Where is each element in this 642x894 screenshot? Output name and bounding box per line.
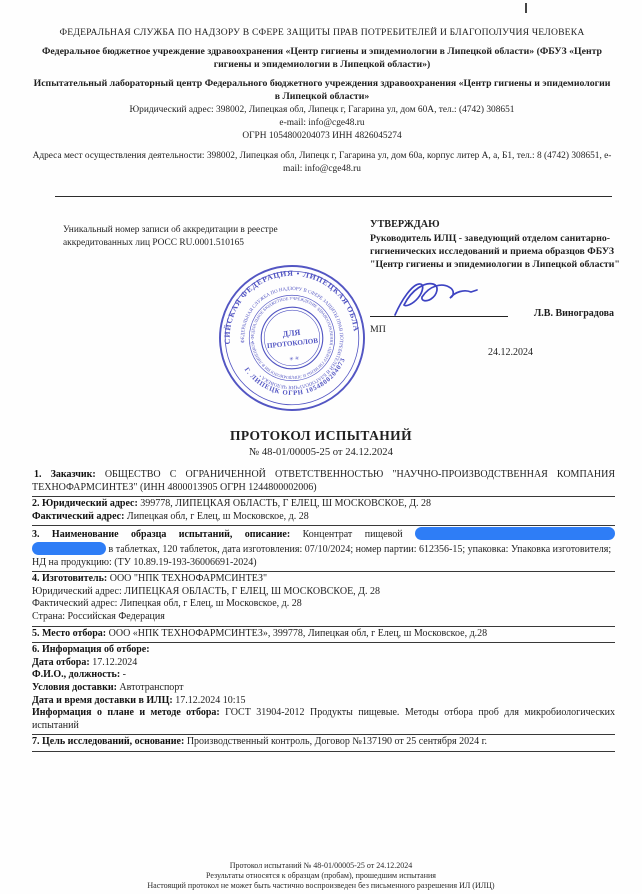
- round-stamp-icon: РОССИЙСКАЯ ФЕДЕРАЦИЯ • ЛИПЕЦКАЯ ОБЛАСТЬ …: [210, 256, 375, 421]
- nd-line: НД на продукцию: (ТУ 10.89.19-193-360066…: [32, 557, 257, 568]
- stamp-center-line2: ПРОТОКОЛОВ: [267, 337, 319, 350]
- sample-value-end: в таблетках, 120 таблеток, дата изготовл…: [109, 544, 612, 555]
- footer-protocol-ref: Протокол испытаний № 48-01/00005-25 от 2…: [0, 861, 642, 871]
- fio-value: -: [123, 669, 126, 680]
- actual-address-label: Фактический адрес:: [32, 511, 124, 522]
- customer-label: 1. Заказчик:: [32, 469, 96, 480]
- sampling-method-label: Информация о плане и методе отбора:: [32, 707, 220, 718]
- accreditation-number: Уникальный номер записи об аккредитации …: [63, 224, 298, 250]
- sampling-place-value: ООО «НПК ТЕХНОФАРМСИНТЕЗ», 399778, Липец…: [109, 628, 488, 639]
- manufacturer-legal-address: Юридический адрес: ЛИПЕЦКАЯ ОБЛАСТЬ, Г Е…: [32, 586, 380, 597]
- purpose-value: Производственный контроль, Договор №1371…: [187, 736, 487, 747]
- document-footer: Протокол испытаний № 48-01/00005-25 от 2…: [0, 861, 642, 891]
- approval-date: 24.12.2024: [488, 346, 622, 359]
- scan-artifact-mark: [525, 3, 527, 13]
- sampling-info-label: 6. Информация об отборе:: [32, 644, 150, 655]
- manufacturer-country: Страна: Российская Федерация: [32, 611, 165, 622]
- signature-icon: [392, 279, 480, 321]
- manufacturer-label: 4. Изготовитель:: [32, 573, 107, 584]
- lab-center-name: Испытательный лабораторный центр Федерал…: [32, 78, 612, 103]
- sampling-date-value: 17.12.2024: [92, 657, 137, 668]
- section-manufacturer: 4. Изготовитель: ООО "НПК ТЕХНОФАРМСИНТЕ…: [32, 572, 615, 626]
- ogrn-inn-line: ОГРН 1054800204073 ИНН 4826045274: [32, 130, 612, 142]
- approval-block: УТВЕРЖДАЮ Руководитель ИЛЦ - заведующий …: [370, 218, 622, 359]
- purpose-label: 7. Цель исследований, основание:: [32, 736, 184, 747]
- approver-name: Л.В. Виноградова: [534, 307, 614, 320]
- customer-value: ОБЩЕСТВО С ОГРАНИЧЕННОЙ ОТВЕТСТВЕННОСТЬЮ…: [32, 469, 615, 493]
- footer-reproduction-note: Настоящий протокол не может быть частичн…: [0, 881, 642, 891]
- protocol-number: № 48-01/00005-25 от 24.12.2024: [0, 447, 642, 458]
- document-page: ФЕДЕРАЛЬНАЯ СЛУЖБА ПО НАДЗОРУ В СФЕРЕ ЗА…: [0, 0, 642, 894]
- legal-address: Юридический адрес: 398002, Липецкая обл,…: [32, 104, 612, 116]
- sample-label: 3. Наименование образца испытаний, описа…: [32, 529, 290, 540]
- sampling-place-label: 5. Место отбора:: [32, 628, 106, 639]
- delivery-datetime-value: 17.12.2024 10:15: [175, 695, 245, 706]
- agency-name: ФЕДЕРАЛЬНАЯ СЛУЖБА ПО НАДЗОРУ В СФЕРЕ ЗА…: [32, 27, 612, 39]
- footer-results-note: Результаты относятся к образцам (пробам)…: [0, 871, 642, 881]
- sampling-date-label: Дата отбора:: [32, 657, 90, 668]
- manufacturer-value: ООО "НПК ТЕХНОФАРМСИНТЕЗ": [110, 573, 267, 584]
- stamp-stars: ✳ ✳: [289, 356, 300, 363]
- activity-addresses: Адреса мест осуществления деятельности: …: [32, 150, 612, 174]
- signature-area: Л.В. Виноградова: [370, 286, 622, 326]
- protocol-title-block: ПРОТОКОЛ ИСПЫТАНИЙ № 48-01/00005-25 от 2…: [0, 428, 642, 458]
- fio-label: Ф.И.О., должность:: [32, 669, 120, 680]
- section-legal-address: 2. Юридический адрес: 399778, ЛИПЕЦКАЯ О…: [32, 497, 615, 526]
- protocol-title: ПРОТОКОЛ ИСПЫТАНИЙ: [0, 428, 642, 444]
- section-sample: 3. Наименование образца испытаний, описа…: [32, 526, 615, 572]
- legal-address-value: 399778, ЛИПЕЦКАЯ ОБЛАСТЬ, Г ЕЛЕЦ, Ш МОСК…: [140, 498, 431, 509]
- redaction-box-2: [32, 542, 106, 555]
- actual-address-value: Липецкая обл, г Елец, ш Московское, д. 2…: [127, 511, 309, 522]
- section-sampling-place: 5. Место отбора: ООО «НПК ТЕХНОФАРМСИНТЕ…: [32, 627, 615, 644]
- manufacturer-actual-address: Фактический адрес: Липецкая обл, г Елец,…: [32, 598, 302, 609]
- redaction-box-1: [415, 527, 615, 540]
- section-sampling-info: 6. Информация об отборе: Дата отбора: 17…: [32, 643, 615, 735]
- institution-name: Федеральное бюджетное учреждение здравоо…: [32, 46, 612, 71]
- document-header: ФЕДЕРАЛЬНАЯ СЛУЖБА ПО НАДЗОРУ В СФЕРЕ ЗА…: [32, 27, 612, 175]
- header-divider: [55, 196, 612, 197]
- approver-role: Руководитель ИЛЦ - заведующий отделом са…: [370, 233, 622, 272]
- sample-value-start: Концентрат пищевой: [303, 529, 403, 540]
- delivery-conditions-label: Условия доставки:: [32, 682, 117, 693]
- section-purpose: 7. Цель исследований, основание: Произво…: [32, 735, 615, 752]
- email-line: e-mail: info@cge48.ru: [32, 117, 612, 129]
- legal-address-label: 2. Юридический адрес:: [32, 498, 138, 509]
- delivery-datetime-label: Дата и время доставки в ИЛЦ:: [32, 695, 173, 706]
- delivery-conditions-value: Автотранспорт: [119, 682, 183, 693]
- approval-title: УТВЕРЖДАЮ: [370, 218, 622, 231]
- protocol-sections-table: 1. Заказчик: ОБЩЕСТВО С ОГРАНИЧЕННОЙ ОТВ…: [32, 468, 615, 752]
- stamp-center-line1: ДЛЯ: [282, 328, 301, 339]
- section-customer: 1. Заказчик: ОБЩЕСТВО С ОГРАНИЧЕННОЙ ОТВ…: [32, 468, 615, 497]
